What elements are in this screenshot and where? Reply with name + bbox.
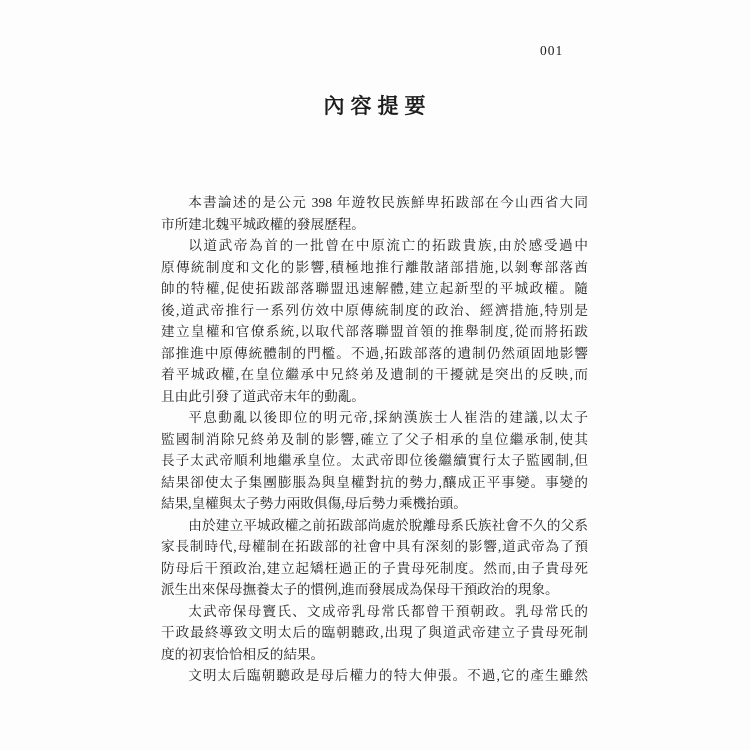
text-line: 結果,皇權與太子勢力兩敗俱傷,母后勢力乘機抬頭。 <box>161 493 588 515</box>
text-line: 度的初衷恰恰相反的結果。 <box>161 644 588 666</box>
text-line: 後,道武帝推行一系列仿效中原傳統制度的政治、經濟措施,特別是 <box>161 300 588 322</box>
text-line: 帥的特權,促使拓跋部落聯盟迅速解體,建立起新型的平城政權。隨 <box>161 278 588 300</box>
text-line: 監國制消除兄終弟及制的影響,確立了父子相承的皇位繼承制,使其 <box>161 429 588 451</box>
text-line: 市所建北魏平城政權的發展歷程。 <box>161 214 588 236</box>
text-line: 以道武帝為首的一批曾在中原流亡的拓跋貴族,由於感受過中 <box>161 235 588 257</box>
text-line: 干政最終導致文明太后的臨朝聽政,出現了與道武帝建立子貴母死制 <box>161 622 588 644</box>
body-text: 本書論述的是公元 398 年遊牧民族鮮卑拓跋部在今山西省大同市所建北魏平城政權的… <box>161 192 588 687</box>
text-line: 派生出來保母撫養太子的慣例,進而發展成為保母干預政治的現象。 <box>161 579 588 601</box>
text-line: 太武帝保母竇氏、文成帝乳母常氏都曾干預朝政。乳母常氏的 <box>161 601 588 623</box>
text-line: 原傳統制度和文化的影響,積極地推行離散諸部措施,以剝奪部落酋 <box>161 257 588 279</box>
text-line: 家長制時代,母權制在拓跋部的社會中具有深刻的影響,道武帝為了預 <box>161 536 588 558</box>
book-page: 001 內容提要 本書論述的是公元 398 年遊牧民族鮮卑拓跋部在今山西省大同市… <box>0 0 750 750</box>
text-line: 本書論述的是公元 398 年遊牧民族鮮卑拓跋部在今山西省大同 <box>161 192 588 214</box>
text-line: 建立皇權和官僚系統,以取代部落聯盟首領的推舉制度,從而將拓跋 <box>161 321 588 343</box>
text-line: 部推進中原傳統體制的門檻。不過,拓跋部落的遺制仍然頑固地影響 <box>161 343 588 365</box>
text-line: 由於建立平城政權之前拓跋部尚處於脫離母系氏族社會不久的父系 <box>161 515 588 537</box>
text-line: 着平城政權,在皇位繼承中兄終弟及遺制的干擾就是突出的反映,而 <box>161 364 588 386</box>
text-line: 且由此引發了道武帝末年的動亂。 <box>161 386 588 408</box>
page-number: 001 <box>540 43 563 59</box>
text-line: 結果卻使太子集團膨脹為與皇權對抗的勢力,釀成正平事變。事變的 <box>161 472 588 494</box>
text-line: 文明太后臨朝聽政是母后權力的特大伸張。不過,它的產生雖然 <box>161 665 588 687</box>
text-line: 長子太武帝順利地繼承皇位。太武帝即位後繼續實行太子監國制,但 <box>161 450 588 472</box>
text-line: 防母后干預政治,建立起矯枉過正的子貴母死制度。然而,由子貴母死 <box>161 558 588 580</box>
page-title: 內容提要 <box>161 90 588 120</box>
text-line: 平息動亂以後即位的明元帝,採納漢族士人崔浩的建議,以太子 <box>161 407 588 429</box>
